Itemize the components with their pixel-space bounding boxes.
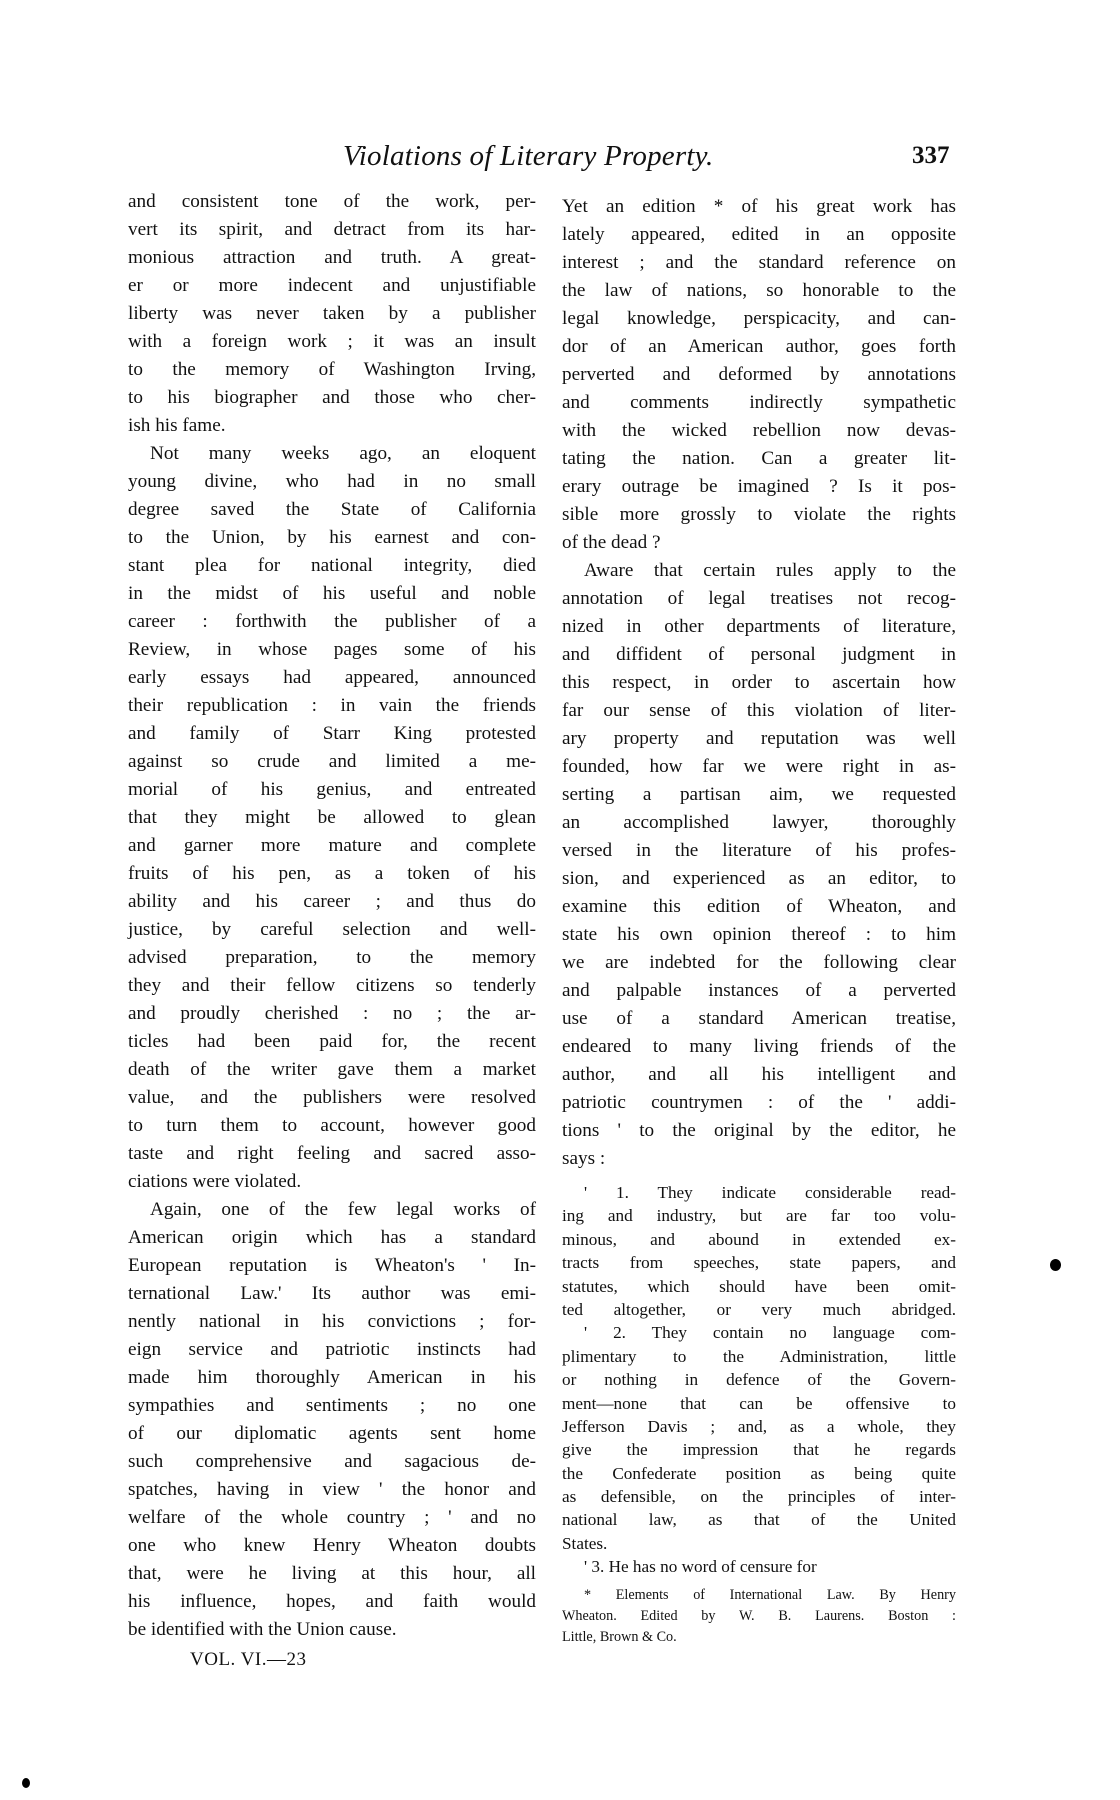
page-number: 337	[912, 141, 950, 171]
text-line: or nothing in defence of the Govern-	[562, 1368, 956, 1391]
text-line: to the Union, by his earnest and con-	[128, 524, 536, 552]
text-line: minous, and abound in extended ex-	[562, 1228, 956, 1251]
text-line: legal knowledge, perspicacity, and can-	[562, 305, 956, 333]
text-line: to his biographer and those who cher-	[128, 384, 536, 412]
text-line: versed in the literature of his profes-	[562, 837, 956, 865]
text-line: plimentary to the Administration, little	[562, 1345, 956, 1368]
text-line: Review, in whose pages some of his	[128, 636, 536, 664]
text-line: tions ' to the original by the editor, h…	[562, 1117, 956, 1145]
text-line: and consistent tone of the work, per-	[128, 188, 536, 216]
text-line: vert its spirit, and detract from its ha…	[128, 216, 536, 244]
text-line: made him thoroughly American in his	[128, 1364, 536, 1392]
text-line: ' 2. They contain no language com-	[562, 1321, 956, 1344]
text-line: er or more indecent and unjustifiable	[128, 272, 536, 300]
text-line: statutes, which should have been omit-	[562, 1275, 956, 1298]
text-line: sible more grossly to violate the rights	[562, 501, 956, 529]
text-line: the law of nations, so honorable to the	[562, 277, 956, 305]
text-line: as defensible, on the principles of inte…	[562, 1485, 956, 1508]
text-line: endeared to many living friends of the	[562, 1033, 956, 1061]
text-line: far our sense of this violation of liter…	[562, 697, 956, 725]
text-line: the Confederate position as being quite	[562, 1462, 956, 1485]
text-line: sion, and experienced as an editor, to	[562, 865, 956, 893]
text-line: to turn them to account, however good	[128, 1112, 536, 1140]
text-line: examine this edition of Wheaton, and	[562, 893, 956, 921]
text-line: ' 1. They indicate considerable read-	[562, 1181, 956, 1204]
text-line: of our diplomatic agents sent home	[128, 1420, 536, 1448]
text-line: state his own opinion thereof : to him	[562, 921, 956, 949]
text-line: Again, one of the few legal works of	[128, 1196, 536, 1224]
text-line: against so crude and limited a me-	[128, 748, 536, 776]
text-line: his influence, hopes, and faith would	[128, 1588, 536, 1616]
quoted-passage: ' 1. They indicate considerable read-ing…	[562, 1181, 956, 1579]
text-line: liberty was never taken by a publisher	[128, 300, 536, 328]
text-line: tracts from speeches, state papers, and	[562, 1251, 956, 1274]
text-line: ternational Law.' Its author was emi-	[128, 1280, 536, 1308]
text-line: * Elements of International Law. By Henr…	[562, 1585, 956, 1606]
text-line: degree saved the State of California	[128, 496, 536, 524]
text-line: ment—none that can be offensive to	[562, 1392, 956, 1415]
text-line: spatches, having in view ' the honor and	[128, 1476, 536, 1504]
text-line: monious attraction and truth. A great-	[128, 244, 536, 272]
text-line: Jefferson Davis ; and, as a whole, they	[562, 1415, 956, 1438]
text-line: stant plea for national integrity, died	[128, 552, 536, 580]
text-line: nently national in his convictions ; for…	[128, 1308, 536, 1336]
text-line: death of the writer gave them a market	[128, 1056, 536, 1084]
text-line: Wheaton. Edited by W. B. Laurens. Boston…	[562, 1606, 956, 1627]
text-line: Little, Brown & Co.	[562, 1627, 956, 1648]
text-line: an accomplished lawyer, thoroughly	[562, 809, 956, 837]
text-line: and comments indirectly sympathetic	[562, 389, 956, 417]
text-line: welfare of the whole country ; ' and no	[128, 1504, 536, 1532]
volume-signature: VOL. VI.—23	[190, 1649, 307, 1670]
text-line: says :	[562, 1145, 956, 1173]
text-line: interest ; and the standard reference on	[562, 249, 956, 277]
text-line: sympathies and sentiments ; no one	[128, 1392, 536, 1420]
text-line: ticles had been paid for, the recent	[128, 1028, 536, 1056]
text-line: use of a standard American treatise,	[562, 1005, 956, 1033]
text-line: Yet an edition * of his great work has	[562, 193, 956, 221]
text-line: perverted and deformed by annotations	[562, 361, 956, 389]
text-line: ing and industry, but are far too volu-	[562, 1204, 956, 1227]
text-line: they and their fellow citizens so tender…	[128, 972, 536, 1000]
text-line: European reputation is Wheaton's ' In-	[128, 1252, 536, 1280]
text-line: tating the nation. Can a greater lit-	[562, 445, 956, 473]
text-line: be identified with the Union cause.	[128, 1616, 536, 1644]
text-line: to the memory of Washington Irving,	[128, 356, 536, 384]
text-line: that, were he living at this hour, all	[128, 1560, 536, 1588]
text-line: morial of his genius, and entreated	[128, 776, 536, 804]
text-line: one who knew Henry Wheaton doubts	[128, 1532, 536, 1560]
footnote: * Elements of International Law. By Henr…	[562, 1585, 956, 1648]
text-line: ish his fame.	[128, 412, 536, 440]
text-line: author, and all his intelligent and	[562, 1061, 956, 1089]
text-line: we are indebted for the following clear	[562, 949, 956, 977]
text-line: fruits of his pen, as a token of his	[128, 860, 536, 888]
text-line: career : forthwith the publisher of a	[128, 608, 536, 636]
text-line: patriotic countrymen : of the ' addi-	[562, 1089, 956, 1117]
text-line: ciations were violated.	[128, 1168, 536, 1196]
text-line: and proudly cherished : no ; the ar-	[128, 1000, 536, 1028]
text-line: ary property and reputation was well	[562, 725, 956, 753]
text-line: ted altogether, or very much abridged.	[562, 1298, 956, 1321]
text-line: American origin which has a standard	[128, 1224, 536, 1252]
text-line: annotation of legal treatises not recog-	[562, 585, 956, 613]
text-line: this respect, in order to ascertain how	[562, 669, 956, 697]
text-line: in the midst of his useful and noble	[128, 580, 536, 608]
text-line: and garner more mature and complete	[128, 832, 536, 860]
text-line: serting a partisan aim, we requested	[562, 781, 956, 809]
running-title: Violations of Literary Property.	[343, 140, 714, 172]
left-column: and consistent tone of the work, per-ver…	[128, 188, 536, 1644]
text-line: and diffident of personal judgment in	[562, 641, 956, 669]
text-line: dor of an American author, goes forth	[562, 333, 956, 361]
text-line: value, and the publishers were resolved	[128, 1084, 536, 1112]
text-line: and family of Starr King protested	[128, 720, 536, 748]
text-line: Not many weeks ago, an eloquent	[128, 440, 536, 468]
ink-speck-margin	[1050, 1259, 1061, 1271]
text-line: erary outrage be imagined ? Is it pos-	[562, 473, 956, 501]
text-line: that they might be allowed to glean	[128, 804, 536, 832]
text-line: and palpable instances of a perverted	[562, 977, 956, 1005]
text-line: national law, as that of the United	[562, 1508, 956, 1531]
text-line: such comprehensive and sagacious de-	[128, 1448, 536, 1476]
text-line: give the impression that he regards	[562, 1438, 956, 1461]
text-line: taste and right feeling and sacred asso-	[128, 1140, 536, 1168]
text-line: ' 3. He has no word of censure for	[562, 1555, 956, 1578]
text-line: States.	[562, 1532, 956, 1555]
text-line: early essays had appeared, announced	[128, 664, 536, 692]
text-line: advised preparation, to the memory	[128, 944, 536, 972]
text-line: lately appeared, edited in an opposite	[562, 221, 956, 249]
text-line: Aware that certain rules apply to the	[562, 557, 956, 585]
right-column: Yet an edition * of his great work hasla…	[562, 193, 956, 1173]
text-line: founded, how far we were right in as-	[562, 753, 956, 781]
text-line: with the wicked rebellion now devas-	[562, 417, 956, 445]
text-line: of the dead ?	[562, 529, 956, 557]
ink-speck-corner	[22, 1778, 30, 1788]
text-line: with a foreign work ; it was an insult	[128, 328, 536, 356]
text-line: justice, by careful selection and well-	[128, 916, 536, 944]
text-line: ability and his career ; and thus do	[128, 888, 536, 916]
text-line: eign service and patriotic instincts had	[128, 1336, 536, 1364]
text-line: young divine, who had in no small	[128, 468, 536, 496]
text-line: nized in other departments of literature…	[562, 613, 956, 641]
book-page: Violations of Literary Property. 337 and…	[0, 0, 1120, 1800]
signature-mark: VOL. VI.—23	[190, 1648, 307, 1672]
text-line: their republication : in vain the friend…	[128, 692, 536, 720]
